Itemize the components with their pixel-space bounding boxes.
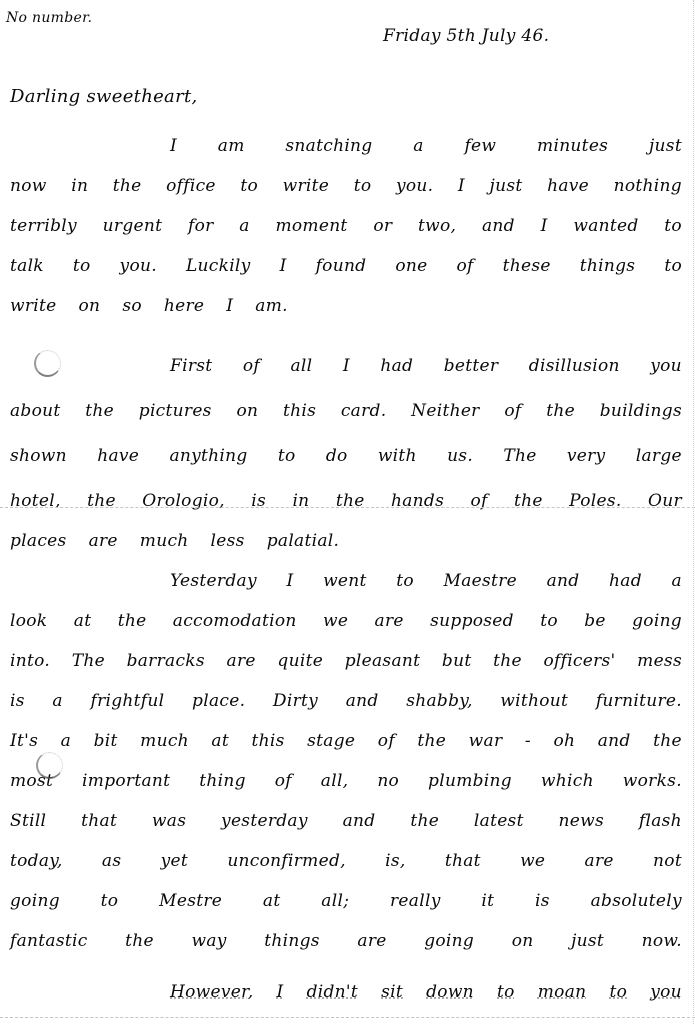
letter-line: writeonsohereIam.: [10, 296, 682, 316]
handwritten-word: to: [664, 256, 682, 276]
handwritten-word: going: [632, 611, 682, 631]
handwritten-word: is: [535, 891, 550, 911]
letter-line: mostimportantthingofall,noplumbingwhichw…: [10, 771, 682, 791]
letter-line: placesaremuchlesspalatial.: [10, 531, 682, 551]
handwritten-word: I: [458, 176, 465, 196]
handwritten-word: Poles.: [569, 491, 621, 511]
handwritten-word: in: [292, 491, 309, 511]
letter-line: fantasticthewaythingsaregoingonjustnow.: [10, 931, 682, 951]
handwritten-word: so: [122, 296, 142, 316]
handwritten-word: The: [72, 651, 105, 671]
handwritten-word: am.: [255, 296, 288, 316]
handwritten-word: to: [240, 176, 258, 196]
letter-line: hotel,theOrologio,isinthehandsofthePoles…: [10, 491, 682, 511]
letter-line: nowintheofficetowritetoyou.Ijusthavenoth…: [10, 176, 682, 196]
handwritten-word: barracks: [127, 651, 205, 671]
handwritten-word: about: [10, 401, 61, 421]
handwritten-word: First: [170, 356, 212, 376]
handwritten-word: just: [571, 931, 604, 951]
handwritten-word: without: [500, 691, 568, 711]
handwritten-word: very: [567, 446, 606, 466]
handwritten-word: Our: [648, 491, 682, 511]
handwritten-word: are: [357, 931, 386, 951]
handwritten-word: have: [547, 176, 589, 196]
handwritten-word: war: [469, 731, 503, 751]
handwritten-word: into.: [10, 651, 50, 671]
handwritten-word: hands: [391, 491, 444, 511]
handwritten-word: accomodation: [173, 611, 297, 631]
handwritten-word: write: [283, 176, 330, 196]
letter-page: No number. Friday 5th July 46. Darling s…: [0, 0, 695, 1024]
handwritten-word: at: [74, 611, 92, 631]
handwritten-word: to: [609, 982, 627, 1002]
handwritten-word: and: [482, 216, 515, 236]
handwritten-word: the: [653, 731, 682, 751]
handwritten-word: and: [598, 731, 631, 751]
handwritten-word: two,: [418, 216, 456, 236]
handwritten-word: just: [649, 136, 682, 156]
handwritten-word: the: [336, 491, 365, 511]
handwritten-word: of: [457, 256, 474, 276]
handwritten-word: However,: [170, 982, 253, 1002]
handwritten-word: moment: [275, 216, 347, 236]
handwritten-word: on: [236, 401, 258, 421]
handwritten-word: these: [503, 256, 551, 276]
handwritten-word: which: [541, 771, 594, 791]
handwritten-word: we: [323, 611, 348, 631]
handwritten-word: of: [275, 771, 292, 791]
handwritten-word: officers': [543, 651, 615, 671]
letter-line: goingtoMestreatall;reallyitisabsolutely: [10, 891, 682, 911]
handwritten-word: you: [650, 982, 682, 1002]
handwritten-word: I: [170, 136, 177, 156]
handwritten-word: didn't: [307, 982, 358, 1002]
letter-line: Stillthatwasyesterdayandthelatestnewsfla…: [10, 811, 682, 831]
handwritten-word: at: [263, 891, 281, 911]
handwritten-word: a: [52, 691, 62, 711]
handwritten-word: stage: [307, 731, 355, 751]
handwritten-word: is,: [385, 851, 405, 871]
handwritten-word: office: [166, 176, 216, 196]
handwritten-word: mess: [637, 651, 682, 671]
salutation: Darling sweetheart,: [10, 86, 198, 107]
handwritten-word: today,: [10, 851, 63, 871]
handwritten-word: no: [377, 771, 399, 791]
handwritten-word: now.: [642, 931, 682, 951]
letter-number-note: No number.: [6, 10, 92, 26]
letter-line: However,Ididn'tsitdowntomoantoyou: [170, 982, 682, 1002]
handwritten-word: or: [373, 216, 392, 236]
handwritten-word: a: [239, 216, 249, 236]
handwritten-word: sit: [381, 982, 403, 1002]
handwritten-word: to: [396, 571, 414, 591]
handwritten-word: you.: [396, 176, 433, 196]
handwritten-word: large: [636, 446, 682, 466]
handwritten-word: disillusion: [529, 356, 620, 376]
handwritten-word: places: [10, 531, 67, 551]
handwritten-word: in: [71, 176, 88, 196]
handwritten-word: few: [464, 136, 496, 156]
handwritten-word: thing: [199, 771, 246, 791]
handwritten-word: it: [481, 891, 494, 911]
handwritten-word: flash: [639, 811, 682, 831]
punch-hole-top: [34, 350, 61, 377]
handwritten-word: all: [291, 356, 313, 376]
handwritten-word: news: [559, 811, 605, 831]
letter-date: Friday 5th July 46.: [383, 26, 549, 46]
handwritten-word: The: [503, 446, 536, 466]
handwritten-word: the: [417, 731, 446, 751]
handwritten-word: yesterday: [221, 811, 308, 831]
handwritten-word: all;: [321, 891, 349, 911]
handwritten-word: and: [343, 811, 376, 831]
handwritten-word: on: [79, 296, 101, 316]
handwritten-word: the: [410, 811, 439, 831]
letter-line: YesterdayIwenttoMaestreandhada: [170, 571, 682, 591]
letter-line: shownhaveanythingtodowithus.Theverylarge: [10, 446, 682, 466]
handwritten-word: are: [375, 611, 404, 631]
paper-bottom-edge: [0, 1017, 695, 1018]
handwritten-word: Neither: [411, 401, 479, 421]
handwritten-word: I: [276, 982, 283, 1002]
handwritten-word: -: [525, 731, 531, 751]
handwritten-word: just: [490, 176, 523, 196]
handwritten-word: had: [609, 571, 642, 591]
paper-fold-line: [0, 507, 695, 508]
handwritten-word: a: [672, 571, 682, 591]
paper-right-edge: [693, 0, 694, 1024]
handwritten-word: snatching: [285, 136, 372, 156]
handwritten-word: quite: [277, 651, 323, 671]
handwritten-word: and: [547, 571, 580, 591]
handwritten-word: supposed: [430, 611, 514, 631]
handwritten-word: much: [140, 731, 189, 751]
handwritten-word: nothing: [614, 176, 682, 196]
handwritten-word: look: [10, 611, 47, 631]
handwritten-word: one: [395, 256, 427, 276]
handwritten-word: now: [10, 176, 47, 196]
handwritten-word: anything: [169, 446, 247, 466]
handwritten-word: a: [413, 136, 423, 156]
handwritten-word: as: [102, 851, 121, 871]
handwritten-word: going: [424, 931, 474, 951]
letter-line: into.Thebarracksarequitepleasantbuttheof…: [10, 651, 682, 671]
handwritten-word: wanted: [573, 216, 638, 236]
handwritten-word: the: [125, 931, 154, 951]
punch-hole-bottom: [36, 752, 63, 779]
letter-line: aboutthepicturesonthiscard.Neitheroftheb…: [10, 401, 682, 421]
handwritten-word: fantastic: [10, 931, 88, 951]
handwritten-word: latest: [474, 811, 524, 831]
letter-line: Iamsnatchingafewminutesjust: [170, 136, 682, 156]
letter-line: It'sabitmuchatthisstageofthewar-ohandthe: [10, 731, 682, 751]
handwritten-word: do: [326, 446, 348, 466]
handwritten-word: buildings: [600, 401, 682, 421]
handwritten-word: all,: [321, 771, 349, 791]
handwritten-word: went: [323, 571, 367, 591]
letter-line: lookattheaccomodationwearesupposedtobego…: [10, 611, 682, 631]
handwritten-word: palatial.: [267, 531, 340, 551]
handwritten-word: us.: [447, 446, 473, 466]
handwritten-word: card.: [341, 401, 387, 421]
handwritten-word: I: [541, 216, 548, 236]
handwritten-word: Yesterday: [170, 571, 257, 591]
handwritten-word: hotel,: [10, 491, 61, 511]
handwritten-word: important: [82, 771, 170, 791]
handwritten-word: a: [61, 731, 71, 751]
handwritten-word: way: [191, 931, 226, 951]
handwritten-word: with: [378, 446, 417, 466]
handwritten-word: we: [520, 851, 545, 871]
handwritten-word: had: [380, 356, 413, 376]
handwritten-word: I: [226, 296, 233, 316]
letter-line: isafrightfulplace.Dirtyandshabby,without…: [10, 691, 682, 711]
handwritten-word: of: [243, 356, 260, 376]
handwritten-word: better: [444, 356, 499, 376]
handwritten-word: frightful: [90, 691, 164, 711]
handwritten-word: write: [10, 296, 57, 316]
handwritten-word: is: [251, 491, 266, 511]
handwritten-word: pleasant: [345, 651, 421, 671]
handwritten-word: minutes: [537, 136, 608, 156]
handwritten-word: place.: [192, 691, 245, 711]
handwritten-word: is: [10, 691, 25, 711]
handwritten-word: you.: [120, 256, 157, 276]
handwritten-word: are: [89, 531, 118, 551]
handwritten-word: shown: [10, 446, 67, 466]
handwritten-word: pictures: [139, 401, 212, 421]
handwritten-word: the: [546, 401, 575, 421]
handwritten-word: really: [390, 891, 441, 911]
handwritten-word: was: [152, 811, 186, 831]
handwritten-word: works.: [623, 771, 682, 791]
handwritten-word: It's: [10, 731, 38, 751]
handwritten-word: that: [81, 811, 117, 831]
handwritten-word: to: [354, 176, 372, 196]
handwritten-word: things: [264, 931, 320, 951]
handwritten-word: oh: [553, 731, 575, 751]
handwritten-word: down: [426, 982, 474, 1002]
handwritten-word: to: [497, 982, 515, 1002]
handwritten-word: the: [493, 651, 522, 671]
handwritten-word: are: [227, 651, 256, 671]
handwritten-word: to: [73, 256, 91, 276]
handwritten-word: I: [286, 571, 293, 591]
handwritten-word: going: [10, 891, 60, 911]
handwritten-word: here: [164, 296, 204, 316]
handwritten-word: the: [87, 491, 116, 511]
handwritten-word: not: [653, 851, 682, 871]
letter-line: talktoyou.LuckilyIfoundoneofthesethingst…: [10, 256, 682, 276]
handwritten-word: bit: [94, 731, 118, 751]
handwritten-word: things: [580, 256, 636, 276]
handwritten-word: this: [283, 401, 316, 421]
handwritten-word: Still: [10, 811, 46, 831]
handwritten-word: have: [97, 446, 139, 466]
handwritten-word: I: [280, 256, 287, 276]
handwritten-word: less: [211, 531, 245, 551]
handwritten-word: shabby,: [406, 691, 472, 711]
handwritten-word: the: [85, 401, 114, 421]
letter-line: today,asyetunconfirmed,is,thatwearenot: [10, 851, 682, 871]
handwritten-word: and: [346, 691, 379, 711]
handwritten-word: but: [442, 651, 472, 671]
handwritten-word: terribly: [10, 216, 77, 236]
handwritten-word: Maestre: [444, 571, 517, 591]
handwritten-word: the: [118, 611, 147, 631]
handwritten-word: am: [218, 136, 245, 156]
handwritten-word: Orologio,: [142, 491, 225, 511]
handwritten-word: Dirty: [273, 691, 318, 711]
handwritten-word: talk: [10, 256, 44, 276]
handwritten-word: on: [512, 931, 534, 951]
handwritten-word: this: [251, 731, 284, 751]
handwritten-word: be: [584, 611, 606, 631]
handwritten-word: I: [343, 356, 350, 376]
handwritten-word: to: [101, 891, 119, 911]
handwritten-word: to: [540, 611, 558, 631]
handwritten-word: Luckily: [186, 256, 251, 276]
handwritten-word: are: [585, 851, 614, 871]
handwritten-word: moan: [538, 982, 587, 1002]
handwritten-word: to: [664, 216, 682, 236]
handwritten-word: the: [113, 176, 142, 196]
handwritten-word: yet: [161, 851, 188, 871]
handwritten-word: plumbing: [428, 771, 512, 791]
letter-line: terriblyurgentforamomentortwo,andIwanted…: [10, 216, 682, 236]
handwritten-word: Mestre: [159, 891, 222, 911]
handwritten-word: found: [316, 256, 367, 276]
handwritten-word: you: [650, 356, 682, 376]
handwritten-word: to: [278, 446, 296, 466]
handwritten-word: of: [471, 491, 488, 511]
handwritten-word: furniture.: [596, 691, 682, 711]
handwritten-word: the: [514, 491, 543, 511]
handwritten-word: of: [504, 401, 521, 421]
handwritten-word: at: [211, 731, 229, 751]
handwritten-word: much: [140, 531, 189, 551]
handwritten-word: urgent: [103, 216, 163, 236]
handwritten-word: absolutely: [591, 891, 682, 911]
letter-line: FirstofallIhadbetterdisillusionyou: [170, 356, 682, 376]
handwritten-word: for: [188, 216, 214, 236]
handwritten-word: that: [445, 851, 481, 871]
handwritten-word: unconfirmed,: [227, 851, 346, 871]
handwritten-word: of: [378, 731, 395, 751]
